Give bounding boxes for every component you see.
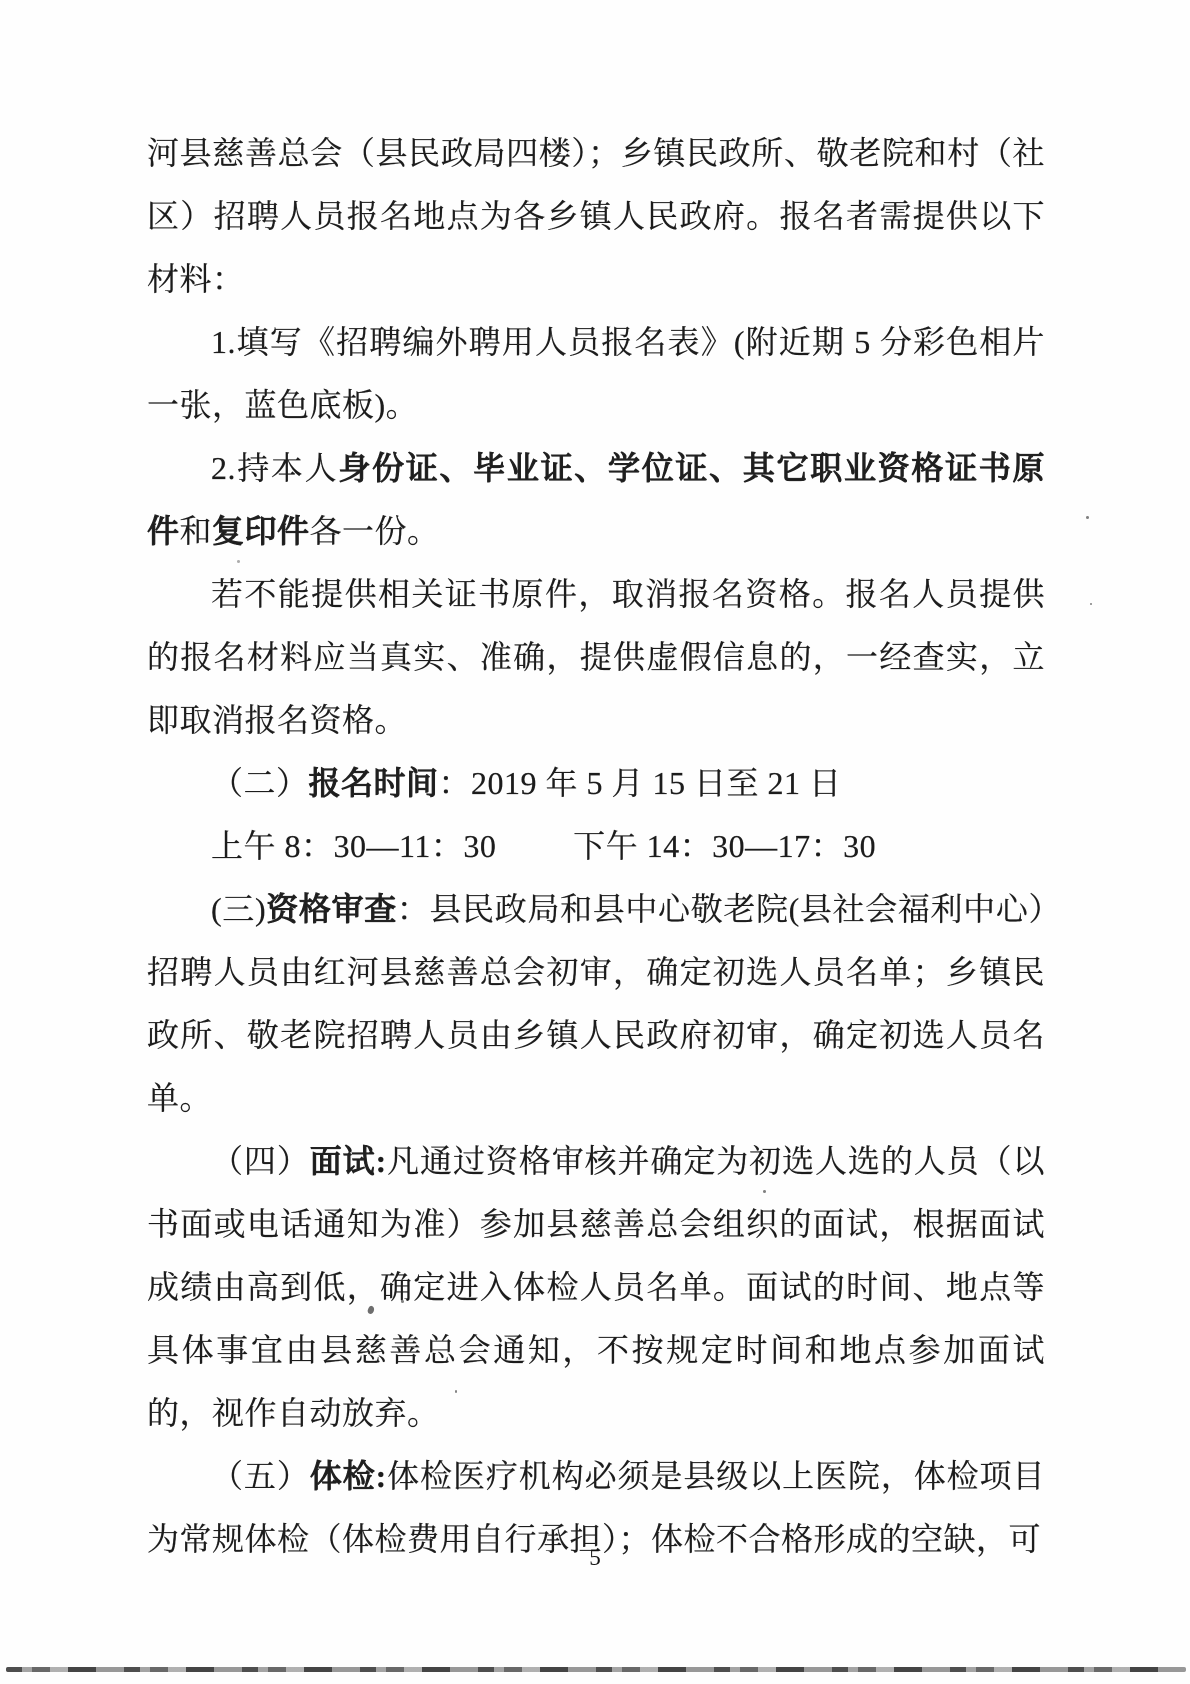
paragraph-section-3-qualification-review: (三)资格审查：县民政局和县中心敬老院(县社会福利中心）招聘人员由红河县慈善总会… — [147, 878, 1045, 1130]
text-run-bold: 报名时间 — [309, 765, 439, 801]
text-run: （二） — [211, 765, 309, 801]
paragraph-disqualification-note: 若不能提供相关证书原件，取消报名资格。报名人员提供的报名材料应当真实、准确，提供… — [147, 563, 1045, 752]
text-run: 2.持本人 — [211, 450, 338, 486]
scan-speckle — [455, 1390, 457, 1393]
text-run-bold: 资格审查 — [266, 891, 397, 927]
text-run: 1.填写《招聘编外聘用人员报名表》(附近期 5 分彩色相片一张，蓝色底板)。 — [147, 324, 1045, 423]
text-run: （五） — [211, 1458, 310, 1494]
text-run-bold: 体检: — [310, 1458, 387, 1494]
scan-speckle — [1086, 516, 1089, 519]
document-body: 河县慈善总会（县民政局四楼）；乡镇民政所、敬老院和村（社区）招聘人员报名地点为各… — [147, 122, 1045, 1571]
text-run: 河县慈善总会（县民政局四楼）；乡镇民政所、敬老院和村（社区）招聘人员报名地点为各… — [147, 135, 1045, 297]
paragraph-intro-continuation: 河县慈善总会（县民政局四楼）；乡镇民政所、敬老院和村（社区）招聘人员报名地点为各… — [147, 122, 1045, 311]
text-run-bold: 面试: — [310, 1143, 387, 1179]
paragraph-item-1-application-form: 1.填写《招聘编外聘用人员报名表》(附近期 5 分彩色相片一张，蓝色底板)。 — [147, 311, 1045, 437]
text-run-morning-hours: 上午 8：30—11：30 — [211, 828, 496, 864]
scan-speckle — [531, 1356, 534, 1359]
scan-speckle — [237, 560, 240, 563]
text-run: 和 — [180, 513, 213, 549]
text-run-afternoon-hours: 下午 14：30—17：30 — [573, 828, 876, 864]
scanned-document-page: 河县慈善总会（县民政局四楼）；乡镇民政所、敬老院和村（社区）招聘人员报名地点为各… — [0, 0, 1190, 1684]
scan-speckle — [1090, 603, 1092, 605]
scan-edge-artifact-line — [6, 1667, 1186, 1672]
text-run-bold: 复印件 — [212, 513, 310, 549]
text-run: 各一份。 — [310, 513, 440, 549]
text-run: (三) — [211, 891, 266, 927]
scan-speckle — [604, 1210, 606, 1212]
paragraph-time-range: 上午 8：30—11：30下午 14：30—17：30 — [147, 815, 1045, 878]
text-run: （四） — [211, 1143, 310, 1179]
paragraph-section-2-registration-time: （二）报名时间：2019 年 5 月 15 日至 21 日 — [147, 752, 1045, 815]
text-run: 凡通过资格审核并确定为初选人选的人员（以书面或电话通知为准）参加县慈善总会组织的… — [147, 1143, 1045, 1431]
page-footer: 5 — [0, 1545, 1190, 1571]
page-number: 5 — [589, 1545, 601, 1570]
scan-speckle — [763, 1190, 766, 1193]
text-run: ：2019 年 5 月 15 日至 21 日 — [439, 765, 842, 801]
paragraph-section-4-interview: （四）面试:凡通过资格审核并确定为初选人选的人员（以书面或电话通知为准）参加县慈… — [147, 1130, 1045, 1445]
scan-speckle — [401, 1300, 404, 1303]
text-run: 若不能提供相关证书原件，取消报名资格。报名人员提供的报名材料应当真实、准确，提供… — [147, 576, 1045, 738]
paragraph-item-2-certificates: 2.持本人身份证、毕业证、学位证、其它职业资格证书原件和复印件各一份。 — [147, 437, 1045, 563]
